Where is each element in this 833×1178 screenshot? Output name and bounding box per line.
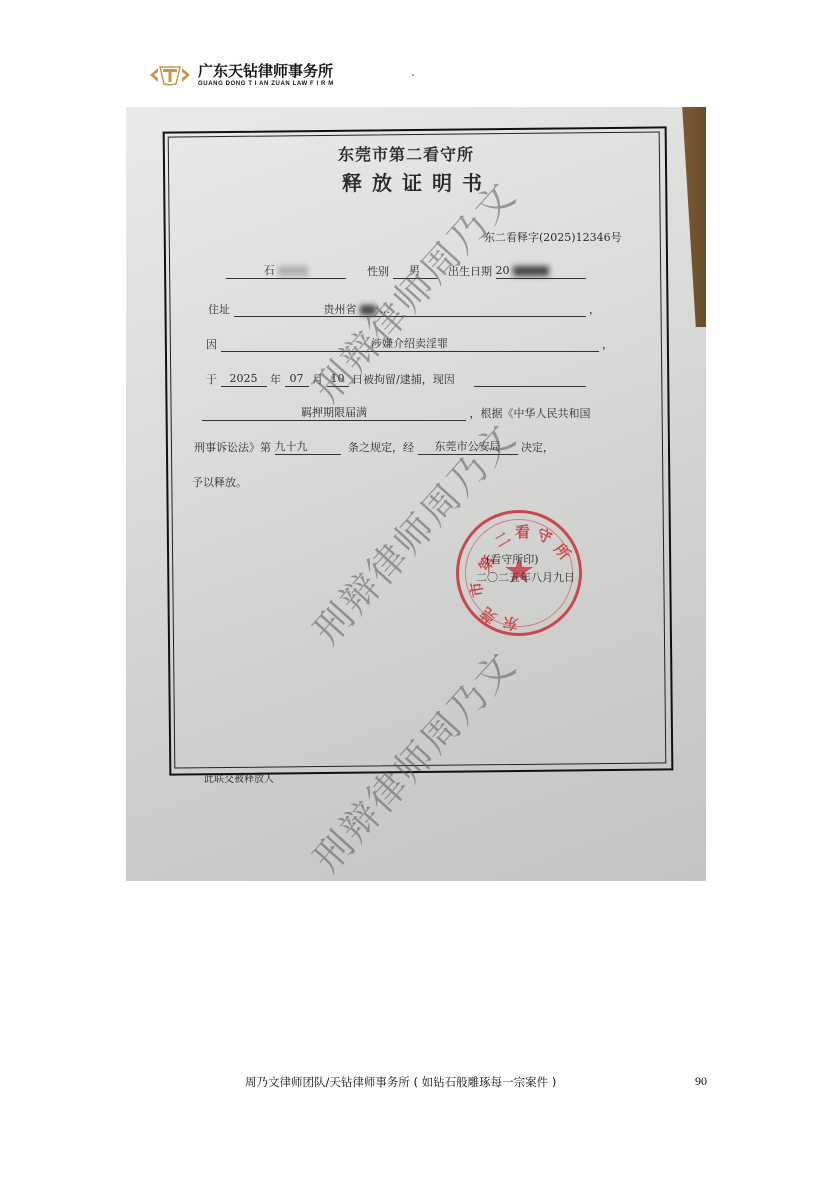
row-detention-date: 于 2025 年 07 月 10 日被拘留/逮捕，现因 <box>206 371 586 387</box>
firm-logo-icon <box>148 64 192 86</box>
document-number: 东二看释字(2025)12346号 <box>484 229 622 245</box>
release-statement: 予以释放。 <box>192 474 247 490</box>
release-certificate-photo: 东莞市第二看守所 释放证明书 东二看释字(2025)12346号 石 性别 男 … <box>126 107 706 881</box>
page-header: 广东天钻律师事务所 GUANG DONG T I AN ZUAN LAW F I… <box>148 62 334 88</box>
row-reason: 因 涉嫌介绍卖淫罪 ， <box>206 336 613 352</box>
page-footer-text: 周乃文律师团队/天钻律师事务所 ( 如钻石般雕琢每一宗案件 ) <box>245 1074 556 1090</box>
page-number: 90 <box>695 1074 707 1089</box>
issuer-title: 东莞市第二看守所 <box>338 142 474 165</box>
birth-field: 20 <box>496 264 586 279</box>
reason-label: 因 <box>206 338 217 351</box>
header-dot <box>412 74 414 76</box>
address-label: 住址 <box>208 303 230 316</box>
year-field: 2025 <box>221 372 267 387</box>
seal-label: (看守所印) <box>486 551 539 567</box>
seal-date: 二〇二五年八月九日 <box>476 569 575 585</box>
firm-name-en: GUANG DONG T I AN ZUAN LAW F I R M <box>198 81 334 87</box>
name-field: 石 <box>226 264 346 279</box>
firm-name-cn: 广东天钻律师事务所 <box>198 64 334 79</box>
reason-field: 涉嫌介绍卖淫罪 <box>221 337 599 352</box>
row-current-reason: 羁押期限届满 ，根据《中华人民共和国 <box>202 405 591 421</box>
article-field: 九十九 <box>275 440 341 455</box>
copy-note: 此联交被释放人 <box>204 770 274 785</box>
